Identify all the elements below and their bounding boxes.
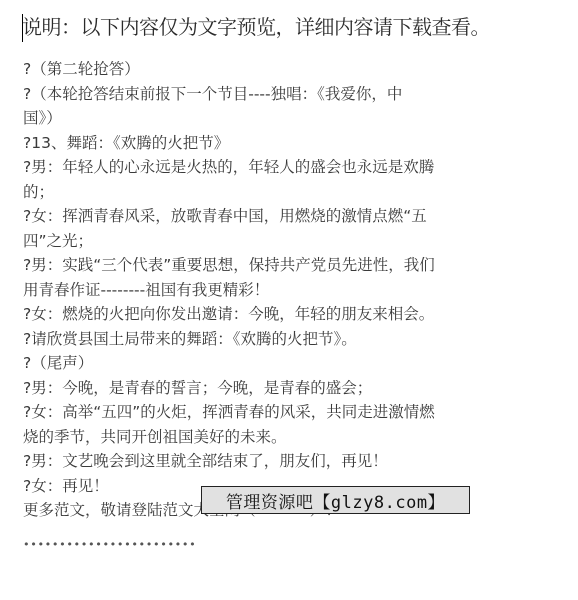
line-male-3: ?男：今晚，是青春的誓言；今晚，是青春的盛会； xyxy=(23,376,553,401)
document-body: ?（第二轮抢答） ?（本轮抢答结束前报下一个节目----独唱：《我爱你，中 国》… xyxy=(23,57,553,523)
line-male-4: ?男：文艺晚会到这里就全部结束了，朋友们，再见！ xyxy=(23,449,553,474)
line-male-1: ?男：年轻人的心永远是火热的，年轻人的盛会也永远是欢腾 xyxy=(23,155,553,180)
line-female-3-cont: 烧的季节，共同开创祖国美好的未来。 xyxy=(23,425,553,450)
line-next-program: ?（本轮抢答结束前报下一个节目----独唱：《我爱你，中 xyxy=(23,82,553,107)
line-program-13: ?13、舞蹈：《欢腾的火把节》 xyxy=(23,131,553,156)
line-finale: ?（尾声） xyxy=(23,351,553,376)
line-female-1: ?女：挥洒青春风采，放歌青春中国，用燃烧的激情点燃“五 xyxy=(23,204,553,229)
line-male-1-cont: 的； xyxy=(23,180,553,205)
line-female-2: ?女：燃烧的火把向你发出邀请：今晚，年轻的朋友来相会。 xyxy=(23,302,553,327)
line-round-two: ?（第二轮抢答） xyxy=(23,57,553,82)
line-male-2-cont: 用青春作证--------祖国有我更精彩！ xyxy=(23,278,553,303)
line-male-2: ?男：实践“三个代表”重要思想，保持共产党员先进性，我们 xyxy=(23,253,553,278)
line-dance-intro: ?请欣赏县国土局带来的舞蹈：《欢腾的火把节》。 xyxy=(23,327,553,352)
dotted-separator: •••••••••••••••••••••••• xyxy=(23,538,196,551)
line-next-program-cont: 国》） xyxy=(23,106,553,131)
line-female-3: ?女：高举“五四”的火炬，挥洒青春的风采，共同走进激情燃 xyxy=(23,400,553,425)
watermark-banner: 管理资源吧【glzy8.com】 xyxy=(201,486,470,514)
preview-notice: 说明：以下内容仅为文字预览，详细内容请下载查看。 xyxy=(22,14,490,40)
line-female-1-cont: 四”之光； xyxy=(23,229,553,254)
